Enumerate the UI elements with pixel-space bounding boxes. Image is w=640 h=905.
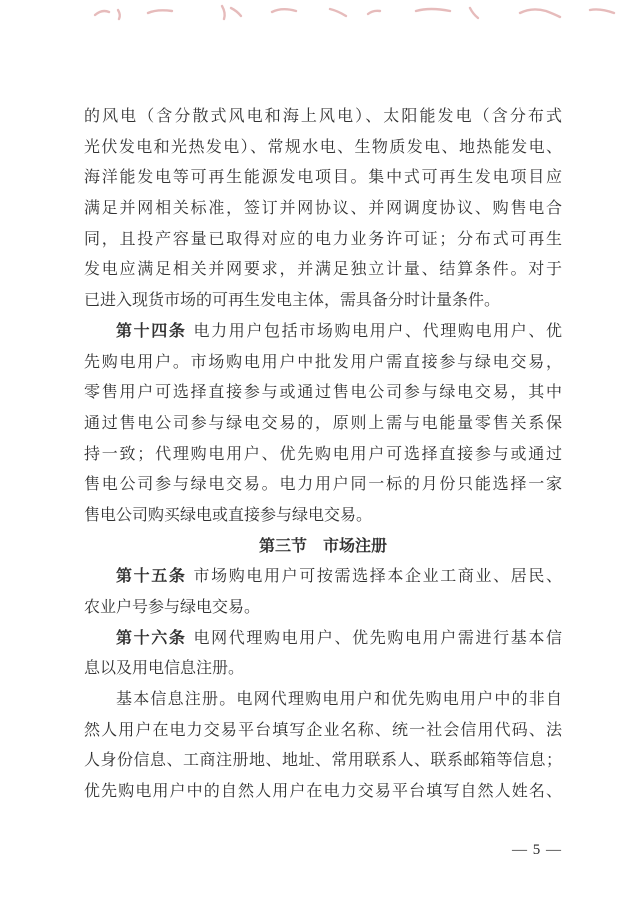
article-number: 第十六条 (116, 630, 187, 647)
body-text-line: 息以及用电信息注册。 (84, 654, 562, 685)
article-number: 第十五条 (116, 568, 187, 585)
article-text: 电网代理购电用户、优先购电用户需进行基本信 (194, 630, 562, 647)
body-text-line: 持一致；代理购电用户、优先购电用户可选择直接参与或通过 (84, 440, 562, 471)
article-text: 电力用户包括市场购电用户、代理购电用户、优 (194, 323, 562, 340)
document-body: 的风电（含分散式风电和海上风电）、太阳能发电（含分布式 光伏发电和光热发电）、常… (84, 102, 562, 808)
body-text-line: 基本信息注册。电网代理购电用户和优先购电用户中的非自 (84, 685, 562, 716)
body-text-line: 已进入现货市场的可再生发电主体，需具备分时计量条件。 (84, 286, 562, 317)
body-text-line: 的风电（含分散式风电和海上风电）、太阳能发电（含分布式 (84, 102, 562, 133)
body-text-line: 发电应满足相关并网要求，并满足独立计量、结算条件。对于 (84, 255, 562, 286)
body-text-line: 零售用户可选择直接参与或通过售电公司参与绿电交易，其中 (84, 378, 562, 409)
body-text-line: 售电公司参与绿电交易。电力用户同一标的月份只能选择一家 (84, 470, 562, 501)
body-text-line: 农业户号参与绿电交易。 (84, 593, 562, 624)
article-14-line: 第十四条电力用户包括市场购电用户、代理购电用户、优 (84, 317, 562, 348)
article-text: 市场购电用户可按需选择本企业工商业、居民、 (194, 568, 562, 585)
body-text-line: 人身份信息、工商注册地、地址、常用联系人、联系邮箱等信息； (84, 746, 562, 777)
section-heading: 第三节 市场注册 (84, 532, 562, 563)
article-16-line: 第十六条电网代理购电用户、优先购电用户需进行基本信 (84, 624, 562, 655)
body-text-line: 然人用户在电力交易平台填写企业名称、统一社会信用代码、法 (84, 716, 562, 747)
body-text-line: 优先购电用户中的自然人用户在电力交易平台填写自然人姓名、 (84, 777, 562, 808)
body-text-line: 售电公司购买绿电或直接参与绿电交易。 (84, 501, 562, 532)
body-text-line: 通过售电公司参与绿电交易的，原则上需与电能量零售关系保 (84, 409, 562, 440)
page-number: — 5 — (512, 842, 562, 859)
body-text-line: 满足并网相关标准，签订并网协议、并网调度协议、购售电合 (84, 194, 562, 225)
body-text-line: 同，且投产容量已取得对应的电力业务许可证；分布式可再生 (84, 225, 562, 256)
body-text-line: 先购电用户。市场购电用户中批发用户需直接参与绿电交易， (84, 348, 562, 379)
body-text-line: 海洋能发电等可再生能源发电项目。集中式可再生发电项目应 (84, 163, 562, 194)
body-text-line: 光伏发电和光热发电）、常规水电、生物质发电、地热能发电、 (84, 133, 562, 164)
red-pen-marks (0, 0, 640, 26)
article-number: 第十四条 (116, 323, 187, 340)
document-page: 的风电（含分散式风电和海上风电）、太阳能发电（含分布式 光伏发电和光热发电）、常… (0, 0, 640, 905)
article-15-line: 第十五条市场购电用户可按需选择本企业工商业、居民、 (84, 562, 562, 593)
